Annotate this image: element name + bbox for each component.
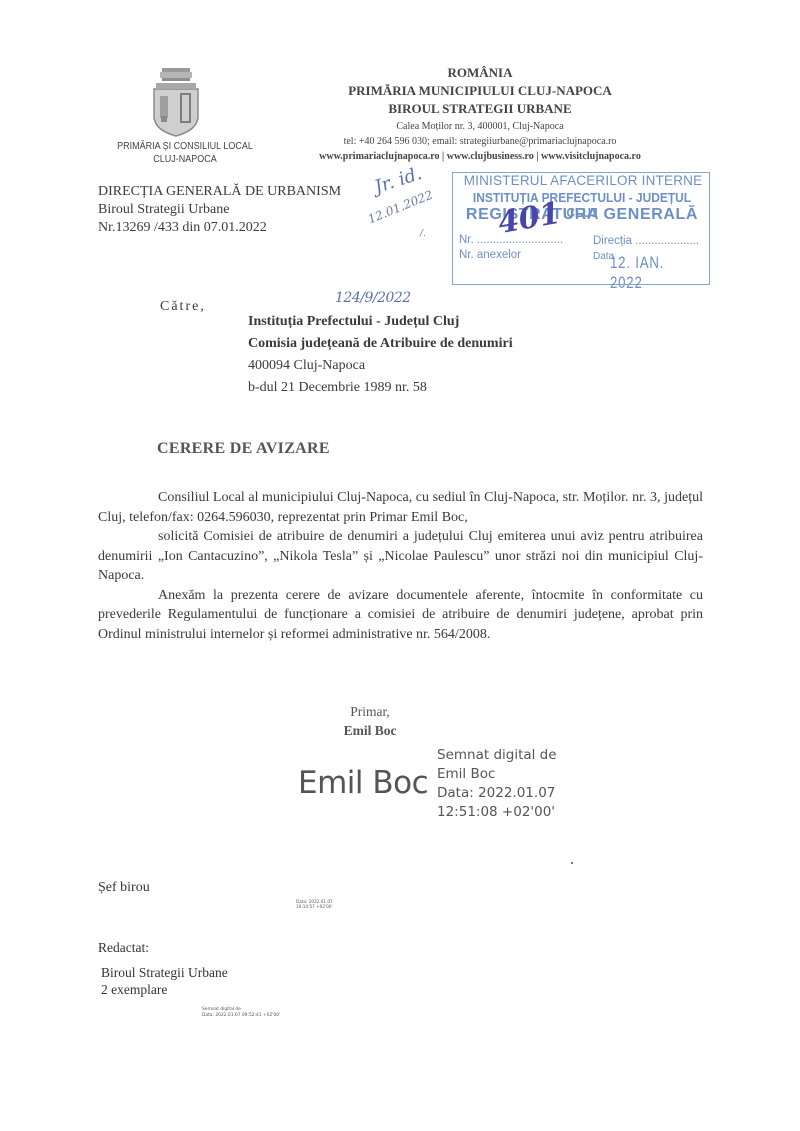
signatory-block: Primar, Emil Boc <box>328 702 412 740</box>
handwritten-recipient-number: 124/9/2022 <box>335 290 411 306</box>
body-paragraph: Anexăm la prezenta cerere de avizare doc… <box>98 586 703 645</box>
office-head-signature-line2: 10:14:57 +02'00' <box>296 904 333 909</box>
country-name: ROMÂNIA <box>300 64 660 82</box>
document-body: Consiliul Local al municipiului Cluj-Nap… <box>98 488 703 644</box>
crest-caption-line1: PRIMĂRIA ȘI CONSILIUL LOCAL <box>109 140 262 153</box>
recipient-line4: b-dul 21 Decembrie 1989 nr. 58 <box>248 377 513 399</box>
stamp-directia-label: Direcția .................... <box>593 235 699 247</box>
drafted-by-info: Biroul Strategii Urbane 2 exemplare <box>101 964 228 998</box>
digital-signature-line3: Data: 2022.01.07 <box>437 784 557 803</box>
crest-caption: PRIMĂRIA ȘI CONSILIUL LOCAL CLUJ-NAPOCA <box>109 140 262 166</box>
digital-signature-name[interactable]: Emil Boc <box>298 765 428 801</box>
institution-address: Calea Moților nr. 3, 400001, Cluj-Napoca <box>300 119 660 134</box>
stamp-annexes-label: Nr. anexelor <box>459 249 521 261</box>
speck <box>571 862 573 864</box>
stamp-date-value: 12. IAN. 2022 <box>610 253 687 293</box>
digital-signature-line1: Semnat digital de <box>437 746 557 765</box>
stamp-ministry: MINISTERUL AFACERILOR INTERNE <box>457 173 709 188</box>
body-paragraph: Consiliul Local al municipiului Cluj-Nap… <box>98 488 703 527</box>
sender-direction: DIRECȚIA GENERALĂ DE URBANISM <box>98 183 341 201</box>
drafter-signature-line2: Data: 2022.01.07 09:52:41 +02'00' <box>202 1013 280 1019</box>
digital-signature-line4: 12:51:08 +02'00' <box>437 803 557 822</box>
drafter-digital-signature[interactable]: Semnat digital de Data: 2022.01.07 09:52… <box>202 1007 280 1019</box>
recipient-line3: 400094 Cluj-Napoca <box>248 355 513 377</box>
recipient-line1: Instituția Prefectului - Județul Cluj <box>248 311 513 333</box>
institution-name: PRIMĂRIA MUNICIPIULUI CLUJ-NAPOCA <box>300 82 660 100</box>
crest-caption-line2: CLUJ-NAPOCA <box>109 153 262 166</box>
handwritten-mark: /. <box>420 229 426 239</box>
recipient-block: Instituția Prefectului - Județul Cluj Co… <box>248 311 513 399</box>
signatory-role: Primar, <box>328 702 412 721</box>
letterhead: ROMÂNIA PRIMĂRIA MUNICIPIULUI CLUJ-NAPOC… <box>300 64 660 164</box>
coat-of-arms-icon <box>150 66 202 138</box>
registration-stamp: MINISTERUL AFACERILOR INTERNE INSTITUȚIA… <box>452 172 710 285</box>
department-name: BIROUL STRATEGII URBANE <box>300 100 660 118</box>
sender-block: DIRECȚIA GENERALĂ DE URBANISM Biroul Str… <box>98 183 341 237</box>
signatory-name: Emil Boc <box>328 721 412 740</box>
recipient-salutation: Către, <box>160 299 206 315</box>
sender-reference: Nr.13269 /433 din 07.01.2022 <box>98 219 341 237</box>
body-paragraph: solicită Comisiei de atribuire de denumi… <box>98 527 703 586</box>
institution-websites: www.primariaclujnapoca.ro | www.clujbusi… <box>300 149 660 164</box>
sender-office: Biroul Strategii Urbane <box>98 201 341 219</box>
digital-signature-line2: Emil Boc <box>437 765 557 784</box>
drafted-by-office: Biroul Strategii Urbane <box>101 964 228 981</box>
digital-signature-details[interactable]: Semnat digital de Emil Boc Data: 2022.01… <box>437 746 557 822</box>
office-head-digital-signature[interactable]: Data: 2022.01.07 10:14:57 +02'00' <box>296 899 333 909</box>
office-head-label: Șef birou <box>98 880 150 896</box>
stamp-registry: REGISTRATURA GENERALĂ <box>453 206 711 224</box>
document-title: CERERE DE AVIZARE <box>157 440 330 458</box>
recipient-line2: Comisia județeană de Atribuire de denumi… <box>248 333 513 355</box>
copies-count: 2 exemplare <box>101 981 228 998</box>
drafted-by-label: Redactat: <box>98 940 149 956</box>
institution-contact: tel: +40 264 596 030; email: strategiiur… <box>300 134 660 149</box>
